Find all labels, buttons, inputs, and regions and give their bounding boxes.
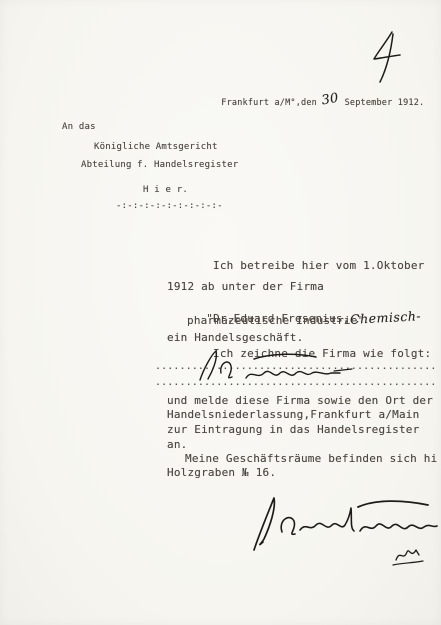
clerk-initial-mark xyxy=(390,544,426,570)
body-line-2: 1912 ab unter der Firma xyxy=(167,280,324,293)
handwritten-page-number xyxy=(362,26,410,86)
body-line-4: pharmazeütische Industrie" xyxy=(187,314,364,327)
recipient-separator: -:-:-:-:-:-:-:-:-:- xyxy=(116,201,223,211)
firma-signature xyxy=(188,344,358,390)
body-line-11: Meine Geschäftsräume befinden sich hi xyxy=(185,452,437,465)
body-line-5: ein Handelsgeschäft. xyxy=(167,331,303,344)
recipient-department: Abteilung f. Handelsregister xyxy=(81,160,238,170)
dateline-suffix: September 1912. xyxy=(339,98,424,108)
body-line-9: zur Eintragung in das Handelsregister xyxy=(167,423,419,436)
document-page: Frankfurt a/M°,den 30 September 1912. An… xyxy=(0,0,441,625)
body-line-8: Handelsniederlassung,Frankfurt a/Main xyxy=(167,408,419,421)
recipient-court: Königliche Amtsgericht xyxy=(94,142,218,152)
dateline-prefix: Frankfurt a/M°,den xyxy=(221,98,322,108)
body-line-10: an. xyxy=(167,438,187,451)
recipient-place: H i e r. xyxy=(143,185,188,195)
recipient-salutation: An das xyxy=(62,122,96,132)
body-line-7: und melde diese Firma sowie den Ort der xyxy=(167,394,433,407)
handwritten-day: 30 xyxy=(321,91,340,109)
body-line-12: Holzgraben № 16. xyxy=(167,466,276,479)
body-line-1: Ich betreibe hier vom 1.Oktober xyxy=(213,259,425,272)
dateline: Frankfurt a/M°,den 30 September 1912. xyxy=(200,84,424,119)
